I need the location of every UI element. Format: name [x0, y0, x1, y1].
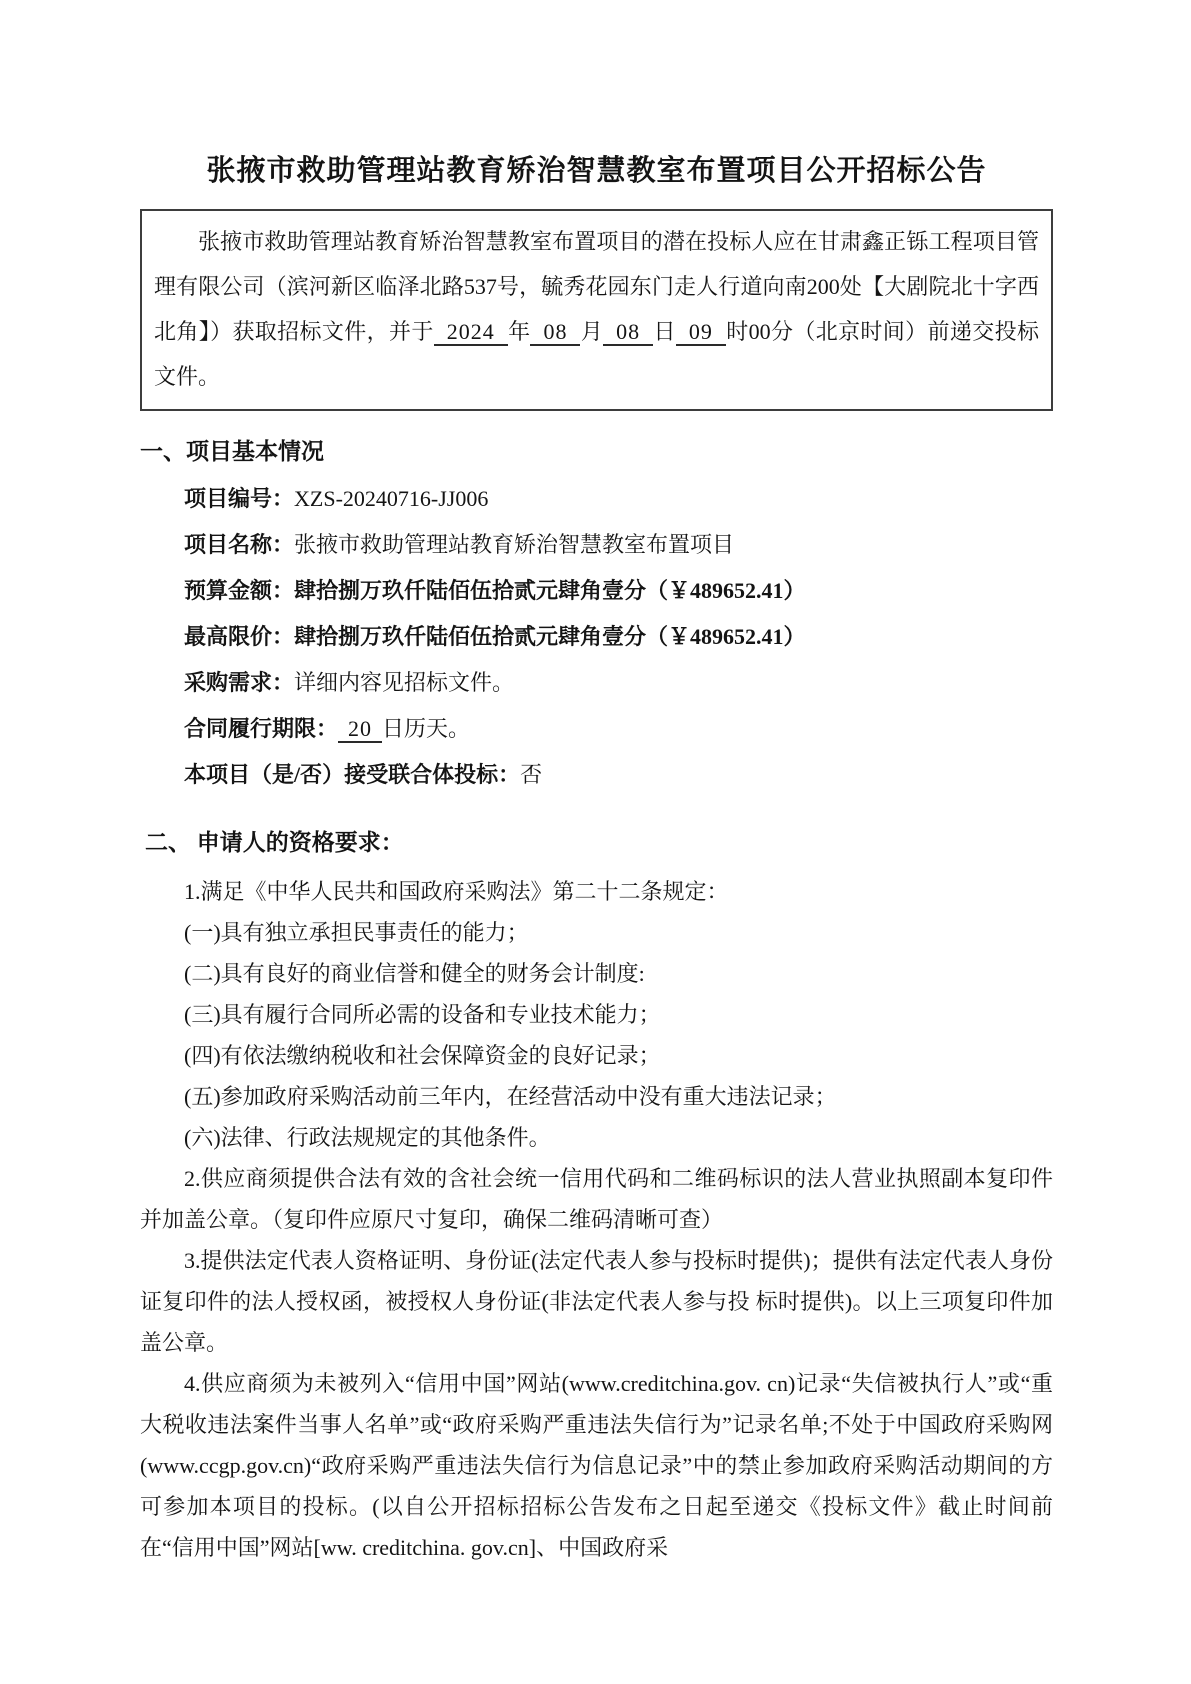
deadline-hour: 09 — [676, 319, 726, 346]
max-price-label: 最高限价： — [184, 624, 294, 649]
project-number-row: 项目编号：XZS-20240716-JJ006 — [140, 476, 1053, 522]
procurement-demand-value: 详细内容见招标文件。 — [294, 670, 514, 695]
contract-period-row: 合同履行期限：20日历天。 — [140, 706, 1053, 752]
project-number-label: 项目编号： — [184, 486, 294, 511]
budget-value: 肆拾捌万玖仟陆佰伍拾贰元肆角壹分（￥489652.41） — [294, 578, 806, 603]
notice-paragraph: 张掖市救助管理站教育矫治智慧教室布置项目的潜在投标人应在甘肃鑫正铄工程项目管理有… — [154, 219, 1039, 399]
budget-row: 预算金额：肆拾捌万玖仟陆佰伍拾贰元肆角壹分（￥489652.41） — [140, 568, 1053, 614]
qualification-paragraph-item6: (六)法律、行政法规规定的其他条件。 — [140, 1117, 1053, 1158]
document-page: 张掖市救助管理站教育矫治智慧教室布置项目公开招标公告 张掖市救助管理站教育矫治智… — [0, 0, 1191, 1684]
qualification-paragraphs: 1.满足《中华人民共和国政府采购法》第二十二条规定： (一)具有独立承担民事责任… — [140, 871, 1053, 1568]
day-unit: 日 — [653, 319, 676, 344]
procurement-demand-label: 采购需求： — [184, 670, 294, 695]
joint-bid-row: 本项目（是/否）接受联合体投标：否 — [140, 752, 1053, 798]
project-number-value: XZS-20240716-JJ006 — [294, 486, 488, 511]
joint-bid-value: 否 — [520, 762, 542, 787]
budget-label: 预算金额： — [184, 578, 294, 603]
qualification-paragraph-item5: (五)参加政府采购活动前三年内，在经营活动中没有重大违法记录； — [140, 1076, 1053, 1117]
qualification-paragraph-item4: (四)有依法缴纳税收和社会保障资金的良好记录； — [140, 1035, 1053, 1076]
qualification-paragraph-item1: (一)具有独立承担民事责任的能力； — [140, 912, 1053, 953]
page-title: 张掖市救助管理站教育矫治智慧教室布置项目公开招标公告 — [140, 148, 1053, 189]
month-unit: 月 — [580, 319, 603, 344]
max-price-row: 最高限价：肆拾捌万玖仟陆佰伍拾贰元肆角壹分（￥489652.41） — [140, 614, 1053, 660]
deadline-month: 08 — [530, 319, 580, 346]
section-qualification-heading: 二、 申请人的资格要求： — [140, 824, 1053, 857]
contract-period-tail: 日历天。 — [382, 716, 470, 741]
joint-bid-label: 本项目（是/否）接受联合体投标： — [184, 762, 520, 787]
procurement-demand-row: 采购需求：详细内容见招标文件。 — [140, 660, 1053, 706]
contract-period-days: 20 — [338, 716, 382, 743]
project-name-label: 项目名称： — [184, 532, 294, 557]
deadline-year: 2024 — [434, 319, 508, 346]
year-unit: 年 — [508, 319, 531, 344]
qualification-paragraph-item3: (三)具有履行合同所必需的设备和专业技术能力； — [140, 994, 1053, 1035]
qualification-paragraph-representative: 3.提供法定代表人资格证明、身份证(法定代表人参与投标时提供)；提供有法定代表人… — [140, 1240, 1053, 1363]
section-basic-info-heading: 一、项目基本情况 — [140, 433, 1053, 466]
contract-period-label: 合同履行期限： — [184, 716, 338, 741]
qualification-paragraph-license: 2.供应商须提供合法有效的含社会统一信用代码和二维码标识的法人营业执照副本复印件… — [140, 1158, 1053, 1240]
project-name-row: 项目名称：张掖市救助管理站教育矫治智慧教室布置项目 — [140, 522, 1053, 568]
max-price-value: 肆拾捌万玖仟陆佰伍拾贰元肆角壹分（￥489652.41） — [294, 624, 806, 649]
notice-box: 张掖市救助管理站教育矫治智慧教室布置项目的潜在投标人应在甘肃鑫正铄工程项目管理有… — [140, 209, 1053, 411]
qualification-paragraph-law: 1.满足《中华人民共和国政府采购法》第二十二条规定： — [140, 871, 1053, 912]
project-name-value: 张掖市救助管理站教育矫治智慧教室布置项目 — [294, 532, 734, 557]
qualification-paragraph-item2: (二)具有良好的商业信誉和健全的财务会计制度: — [140, 953, 1053, 994]
qualification-paragraph-credit: 4.供应商须为未被列入“信用中国”网站(www.creditchina.gov.… — [140, 1363, 1053, 1568]
deadline-day: 08 — [603, 319, 653, 346]
